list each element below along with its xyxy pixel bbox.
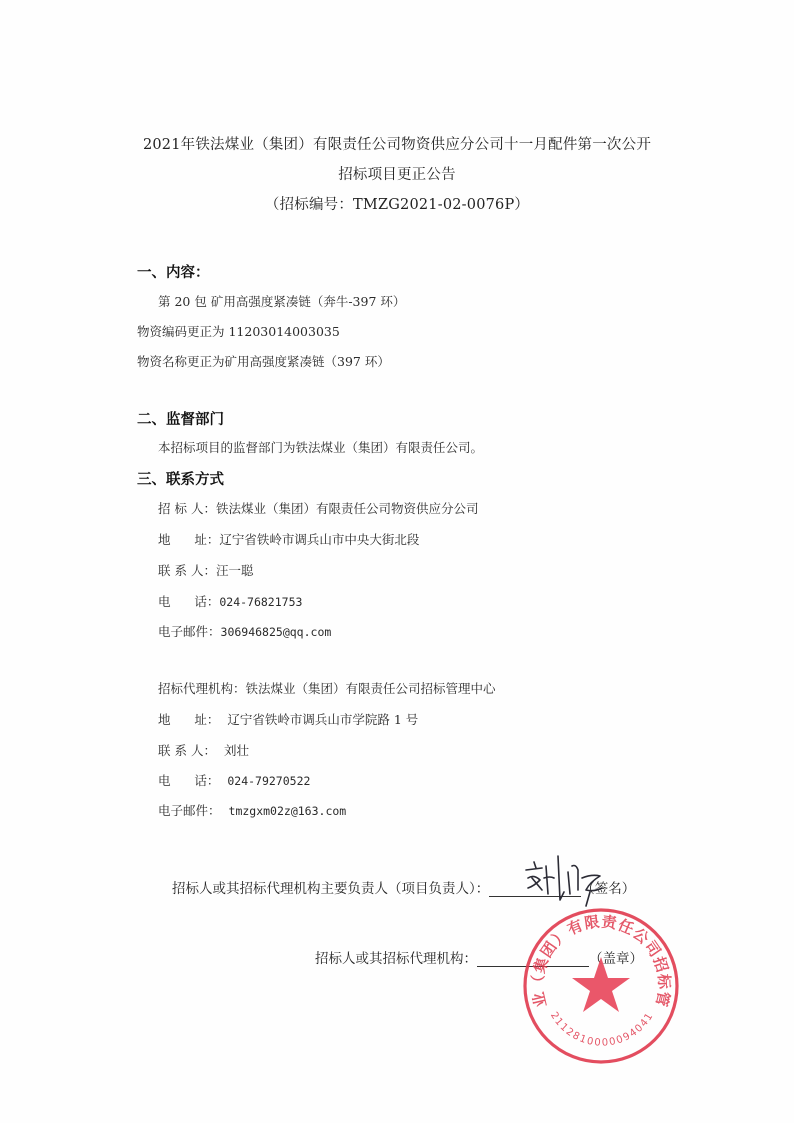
svg-text:2112810000094041: 2112810000094041 — [548, 1010, 656, 1048]
package-line: 第 20 包 矿用高强度紧凑链（奔牛-397 环） — [158, 292, 405, 310]
tenderer-name: 铁法煤业（集团）有限责任公司物资供应分公司 — [216, 501, 479, 516]
handwritten-signature — [520, 848, 610, 908]
tenderer-contact: 汪一聪 — [216, 563, 254, 578]
tenderer-email-row: 电子邮件：306946825@qq.com — [158, 622, 331, 640]
tenderer-address: 辽宁省铁岭市调兵山市中央大街北段 — [219, 532, 419, 547]
agency-email-row: 电子邮件：tmzgxm02z@163.com — [158, 801, 346, 819]
agency-contact-row: 联 系 人：刘壮 — [158, 741, 249, 759]
agency-phone-row: 电 话：024-79270522 — [158, 771, 310, 789]
agency-address-label: 地 址： — [158, 712, 219, 727]
tenderer-phone: 024-76821753 — [219, 595, 302, 609]
document-title-line1: 2021年铁法煤业（集团）有限责任公司物资供应分公司十一月配件第一次公开 — [0, 133, 794, 154]
tenderer-email: 306946825@qq.com — [221, 625, 332, 639]
agency-address-row: 地 址：辽宁省铁岭市调兵山市学院路 1 号 — [158, 710, 418, 728]
tenderer-name-label: 招 标 人： — [158, 501, 216, 516]
tenderer-email-label: 电子邮件： — [158, 624, 221, 639]
material-name-correction: 物资名称更正为矿用高强度紧凑链（397 环） — [137, 352, 390, 370]
agency-phone-label: 电 话： — [158, 773, 219, 788]
supervision-text: 本招标项目的监督部门为铁法煤业（集团）有限责任公司。 — [158, 438, 483, 456]
document-tender-number: （招标编号：TMZG2021-02-0076P） — [0, 193, 794, 214]
section-content-heading: 一、内容： — [137, 261, 210, 282]
material-code-correction: 物资编码更正为 11203014003035 — [137, 322, 340, 340]
section-supervision-heading: 二、监督部门 — [137, 408, 224, 429]
tenderer-phone-label: 电 话： — [158, 594, 219, 609]
responsible-person-label: 招标人或其招标代理机构主要负责人（项目负责人）： — [172, 881, 489, 897]
agency-address: 辽宁省铁岭市调兵山市学院路 1 号 — [227, 712, 418, 727]
section-contact-heading: 三、联系方式 — [137, 468, 224, 489]
tenderer-address-label: 地 址： — [158, 532, 219, 547]
document-title-line2: 招标项目更正公告 — [0, 163, 794, 184]
agency-contact: 刘壮 — [224, 743, 249, 758]
agency-phone: 024-79270522 — [227, 774, 310, 788]
tenderer-name-row: 招 标 人：铁法煤业（集团）有限责任公司物资供应分公司 — [158, 499, 478, 517]
agency-name-label: 招标代理机构： — [158, 681, 246, 696]
agency-email: tmzgxm02z@163.com — [229, 804, 347, 818]
agency-name-row: 招标代理机构：铁法煤业（集团）有限责任公司招标管理中心 — [158, 679, 496, 697]
organization-label: 招标人或其招标代理机构： — [315, 951, 477, 967]
agency-contact-label: 联 系 人： — [158, 743, 216, 758]
tenderer-phone-row: 电 话：024-76821753 — [158, 592, 302, 610]
tenderer-contact-row: 联 系 人：汪一聪 — [158, 561, 253, 579]
tenderer-address-row: 地 址：辽宁省铁岭市调兵山市中央大街北段 — [158, 530, 419, 548]
agency-name: 铁法煤业（集团）有限责任公司招标管理中心 — [246, 681, 496, 696]
document-page: 2021年铁法煤业（集团）有限责任公司物资供应分公司十一月配件第一次公开 招标项… — [0, 0, 794, 1123]
official-seal-stamp: 铁法煤业（集团）有限责任公司招标管理中心 2112810000094041 — [520, 905, 682, 1067]
tenderer-contact-label: 联 系 人： — [158, 563, 216, 578]
agency-email-label: 电子邮件： — [158, 803, 221, 818]
